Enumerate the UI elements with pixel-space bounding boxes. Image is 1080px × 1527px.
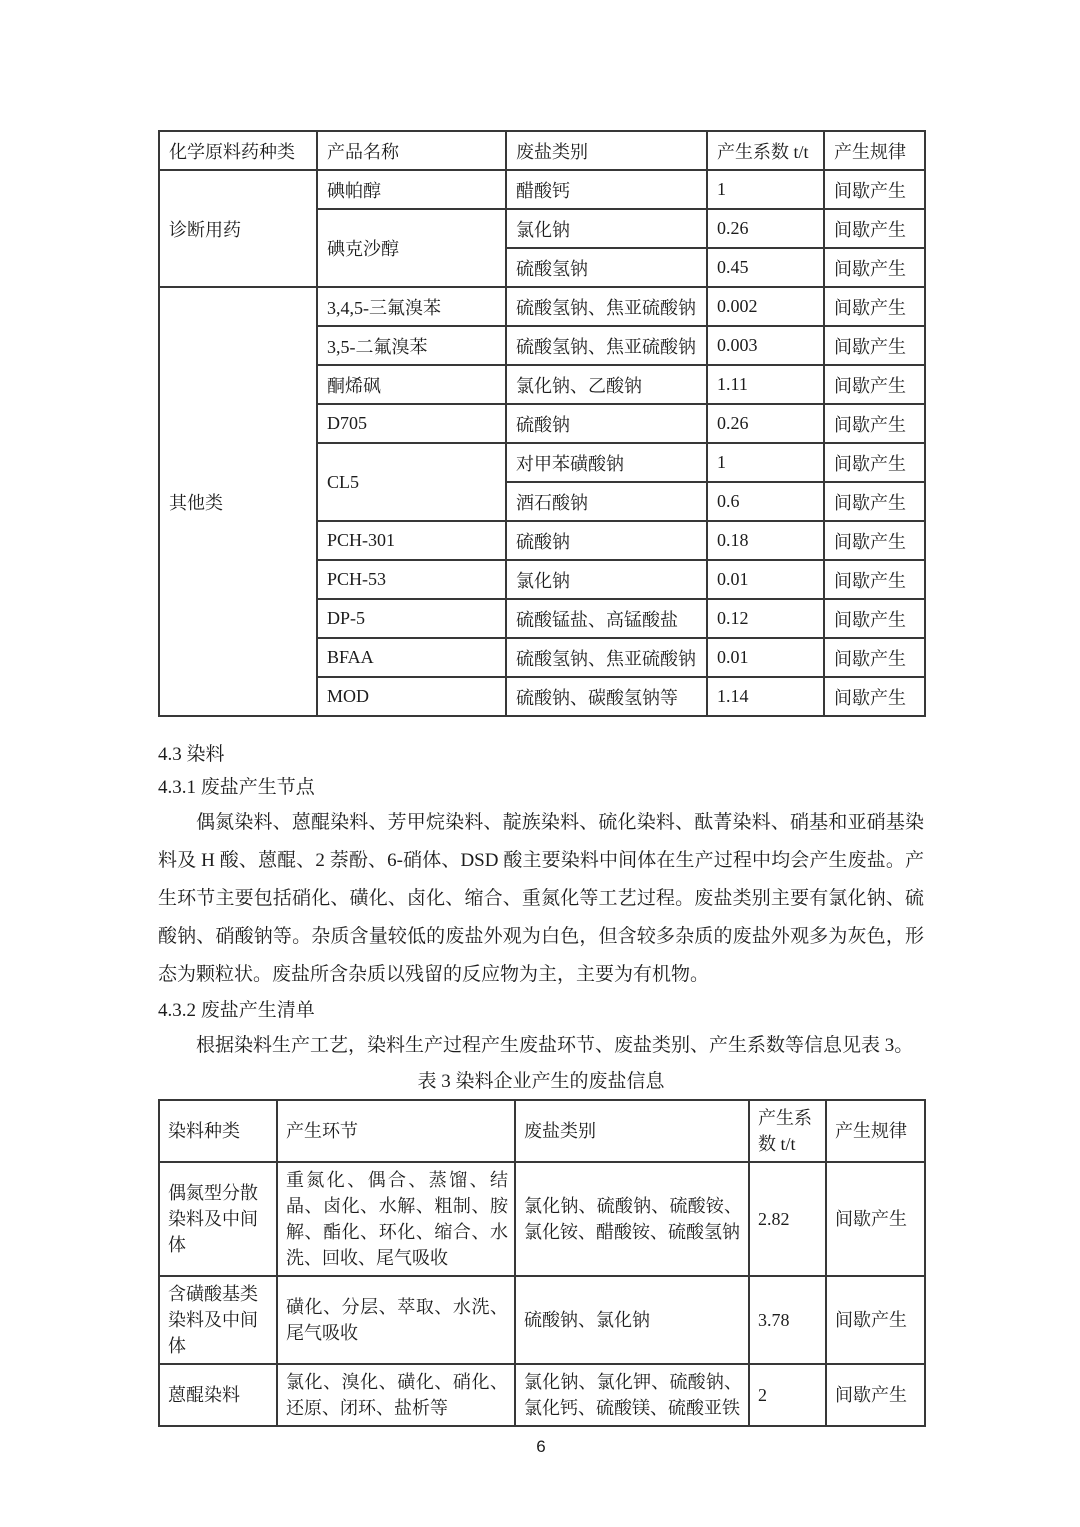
pattern-cell: 间歇产生 bbox=[824, 404, 925, 443]
salt-cell: 硫酸钠 bbox=[506, 404, 707, 443]
page-content: 化学原料药种类 产品名称 废盐类别 产生系数 t/t 产生规律 诊断用药 碘帕醇… bbox=[158, 130, 924, 1457]
col-header-pattern: 产生规律 bbox=[824, 131, 925, 170]
coef-cell: 0.003 bbox=[707, 326, 824, 365]
col-header-salt-type: 废盐类别 bbox=[506, 131, 707, 170]
salt-cell: 氯化钠、硫酸钠、硫酸铵、氯化铵、醋酸铵、硫酸氢钠 bbox=[515, 1162, 749, 1276]
dye-type-cell: 偶氮型分散染料及中间体 bbox=[159, 1162, 277, 1276]
coef-cell: 1.14 bbox=[707, 677, 824, 716]
table-row: 偶氮型分散染料及中间体 重氮化、偶合、蒸馏、结晶、卤化、水解、粗制、胺解、酯化、… bbox=[159, 1162, 925, 1276]
table-row: 诊断用药 碘帕醇 醋酸钙 1 间歇产生 bbox=[159, 170, 925, 209]
salt-cell: 硫酸氢钠、焦亚硫酸钠 bbox=[506, 326, 707, 365]
salt-cell: 硫酸钠、碳酸氢钠等 bbox=[506, 677, 707, 716]
salt-cell: 硫酸氢钠、焦亚硫酸钠 bbox=[506, 638, 707, 677]
salt-cell: 硫酸氢钠、焦亚硫酸钠 bbox=[506, 287, 707, 326]
pattern-cell: 间歇产生 bbox=[824, 560, 925, 599]
spacer bbox=[158, 717, 924, 738]
table3-caption: 表 3 染料企业产生的废盐信息 bbox=[158, 1065, 924, 1099]
coef-cell: 0.26 bbox=[707, 404, 824, 443]
section-heading-4-3-2: 4.3.2 废盐产生清单 bbox=[158, 994, 924, 1027]
pattern-cell: 间歇产生 bbox=[824, 677, 925, 716]
section-heading-4-3: 4.3 染料 bbox=[158, 738, 924, 771]
paragraph-4-3-1: 偶氮染料、蒽醌染料、芳甲烷染料、靛族染料、硫化染料、酞菁染料、硝基和亚硝基染料及… bbox=[158, 804, 924, 994]
pattern-cell: 间歇产生 bbox=[824, 287, 925, 326]
col-header-stage: 产生环节 bbox=[277, 1100, 515, 1162]
product-cell: BFAA bbox=[317, 638, 506, 677]
coef-cell: 0.6 bbox=[707, 482, 824, 521]
salt-cell: 硫酸锰盐、高锰酸盐 bbox=[506, 599, 707, 638]
col-header-salt-type: 废盐类别 bbox=[515, 1100, 749, 1162]
pharma-waste-salt-table: 化学原料药种类 产品名称 废盐类别 产生系数 t/t 产生规律 诊断用药 碘帕醇… bbox=[158, 130, 926, 717]
document-page: 化学原料药种类 产品名称 废盐类别 产生系数 t/t 产生规律 诊断用药 碘帕醇… bbox=[0, 0, 1080, 1527]
coef-cell: 2.82 bbox=[749, 1162, 826, 1276]
col-header-pattern: 产生规律 bbox=[826, 1100, 925, 1162]
coef-cell: 0.45 bbox=[707, 248, 824, 287]
pattern-cell: 间歇产生 bbox=[824, 170, 925, 209]
pattern-cell: 间歇产生 bbox=[824, 443, 925, 482]
stage-cell: 磺化、分层、萃取、水洗、尾气吸收 bbox=[277, 1276, 515, 1364]
product-cell: DP-5 bbox=[317, 599, 506, 638]
table-row: 其他类 3,4,5-三氟溴苯 硫酸氢钠、焦亚硫酸钠 0.002 间歇产生 bbox=[159, 287, 925, 326]
pattern-cell: 间歇产生 bbox=[824, 482, 925, 521]
salt-cell: 氯化钠 bbox=[506, 209, 707, 248]
coef-cell: 1 bbox=[707, 170, 824, 209]
salt-cell: 硫酸钠 bbox=[506, 521, 707, 560]
col-header-dye-type: 染料种类 bbox=[159, 1100, 277, 1162]
salt-cell: 醋酸钙 bbox=[506, 170, 707, 209]
product-cell: D705 bbox=[317, 404, 506, 443]
pattern-cell: 间歇产生 bbox=[824, 326, 925, 365]
pattern-cell: 间歇产生 bbox=[824, 365, 925, 404]
salt-cell: 氯化钠 bbox=[506, 560, 707, 599]
section-heading-4-3-1: 4.3.1 废盐产生节点 bbox=[158, 771, 924, 804]
dye-type-cell: 蒽醌染料 bbox=[159, 1364, 277, 1426]
coef-cell: 0.01 bbox=[707, 560, 824, 599]
table-header-row: 染料种类 产生环节 废盐类别 产生系数 t/t 产生规律 bbox=[159, 1100, 925, 1162]
coef-cell: 0.18 bbox=[707, 521, 824, 560]
coef-cell: 1 bbox=[707, 443, 824, 482]
coef-cell: 1.11 bbox=[707, 365, 824, 404]
col-header-coefficient: 产生系数 t/t bbox=[707, 131, 824, 170]
col-header-coefficient: 产生系数 t/t bbox=[749, 1100, 826, 1162]
product-cell: 酮烯砜 bbox=[317, 365, 506, 404]
paragraph-4-3-2: 根据染料生产工艺，染料生产过程产生废盐环节、废盐类别、产生系数等信息见表 3。 bbox=[158, 1027, 924, 1065]
pattern-cell: 间歇产生 bbox=[824, 248, 925, 287]
table-row: 含磺酸基类染料及中间体 磺化、分层、萃取、水洗、尾气吸收 硫酸钠、氯化钠 3.7… bbox=[159, 1276, 925, 1364]
pattern-cell: 间歇产生 bbox=[824, 599, 925, 638]
salt-cell: 硫酸钠、氯化钠 bbox=[515, 1276, 749, 1364]
stage-cell: 氯化、溴化、磺化、硝化、还原、闭环、盐析等 bbox=[277, 1364, 515, 1426]
table-header-row: 化学原料药种类 产品名称 废盐类别 产生系数 t/t 产生规律 bbox=[159, 131, 925, 170]
salt-cell: 硫酸氢钠 bbox=[506, 248, 707, 287]
product-cell: 碘帕醇 bbox=[317, 170, 506, 209]
pattern-cell: 间歇产生 bbox=[826, 1364, 925, 1426]
salt-cell: 对甲苯磺酸钠 bbox=[506, 443, 707, 482]
dye-type-cell: 含磺酸基类染料及中间体 bbox=[159, 1276, 277, 1364]
product-cell: 3,5-二氟溴苯 bbox=[317, 326, 506, 365]
coef-cell: 0.002 bbox=[707, 287, 824, 326]
product-cell: PCH-301 bbox=[317, 521, 506, 560]
product-cell: 3,4,5-三氟溴苯 bbox=[317, 287, 506, 326]
col-header-drug-category: 化学原料药种类 bbox=[159, 131, 317, 170]
pattern-cell: 间歇产生 bbox=[826, 1162, 925, 1276]
pattern-cell: 间歇产生 bbox=[824, 209, 925, 248]
product-cell: PCH-53 bbox=[317, 560, 506, 599]
product-cell: 碘克沙醇 bbox=[317, 209, 506, 287]
stage-cell: 重氮化、偶合、蒸馏、结晶、卤化、水解、粗制、胺解、酯化、环化、缩合、水洗、回收、… bbox=[277, 1162, 515, 1276]
coef-cell: 2 bbox=[749, 1364, 826, 1426]
pattern-cell: 间歇产生 bbox=[824, 638, 925, 677]
table-row: 蒽醌染料 氯化、溴化、磺化、硝化、还原、闭环、盐析等 氯化钠、氯化钾、硫酸钠、氯… bbox=[159, 1364, 925, 1426]
coef-cell: 0.01 bbox=[707, 638, 824, 677]
dye-waste-salt-table: 染料种类 产生环节 废盐类别 产生系数 t/t 产生规律 偶氮型分散染料及中间体… bbox=[158, 1099, 926, 1427]
product-cell: CL5 bbox=[317, 443, 506, 521]
pattern-cell: 间歇产生 bbox=[826, 1276, 925, 1364]
coef-cell: 0.26 bbox=[707, 209, 824, 248]
pattern-cell: 间歇产生 bbox=[824, 521, 925, 560]
category-cell: 诊断用药 bbox=[159, 170, 317, 287]
product-cell: MOD bbox=[317, 677, 506, 716]
page-number: 6 bbox=[158, 1437, 924, 1457]
coef-cell: 0.12 bbox=[707, 599, 824, 638]
coef-cell: 3.78 bbox=[749, 1276, 826, 1364]
col-header-product-name: 产品名称 bbox=[317, 131, 506, 170]
salt-cell: 酒石酸钠 bbox=[506, 482, 707, 521]
salt-cell: 氯化钠、氯化钾、硫酸钠、氯化钙、硫酸镁、硫酸亚铁 bbox=[515, 1364, 749, 1426]
category-cell: 其他类 bbox=[159, 287, 317, 716]
salt-cell: 氯化钠、乙酸钠 bbox=[506, 365, 707, 404]
